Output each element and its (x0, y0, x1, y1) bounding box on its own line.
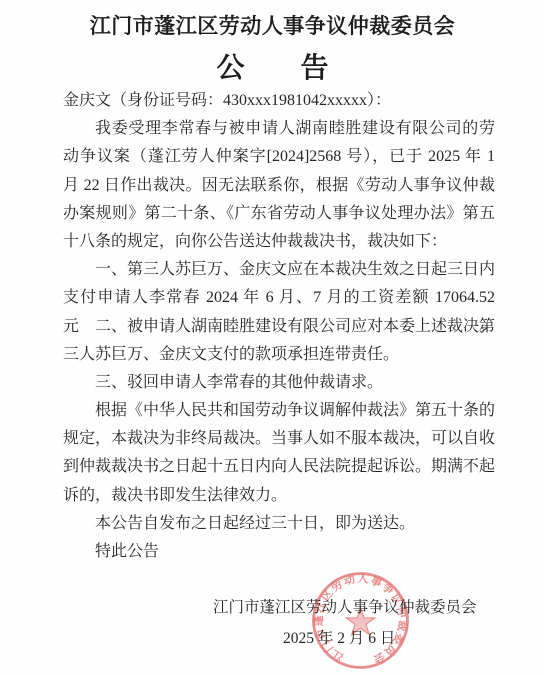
seal-ring (314, 574, 408, 668)
addressee-line: 金庆文（身份证号码：430xxx1981042xxxxx）： (63, 87, 495, 115)
body-line: 月 22 日作出裁决。因无法联系你，根据《劳动人事争议仲裁 (63, 172, 495, 200)
body-line: 我委受理李常春与被申请人湖南睦胜建设有限公司的劳 (63, 115, 495, 143)
announcement-heading: 公 告 (0, 46, 545, 86)
ruling-item-3-line: 三、驳回申请人李常春的其他仲裁请求。 (63, 369, 495, 397)
body-line: 规定，本裁决为非终局裁决。当事人如不服本裁决，可以自收 (63, 425, 495, 453)
issuing-authority-title: 江门市蓬江区劳动人事争议仲裁委员会 (0, 10, 545, 40)
ruling-item-1-line: 支付申请人李常春 2024 年 6 月、7 月的工资差额 17064.52 元。 (63, 284, 495, 312)
body-line: 十八条的规定，向你公告送达仲裁裁决书，裁决如下： (63, 228, 495, 256)
announcement-body: 金庆文（身份证号码：430xxx1981042xxxxx）： 我委受理李常春与被… (63, 87, 495, 566)
body-line: 办案规则》第二十条、《广东省劳动人事争议处理办法》第五 (63, 200, 495, 228)
signature-committee-name: 江门市蓬江区劳动人事争议仲裁委员会 (213, 595, 477, 617)
body-line: 到仲裁裁决书之日起十五日内向人民法院提起诉讼。期满不起 (63, 453, 495, 481)
ruling-item-1-line: 一、第三人苏巨万、金庆文应在本裁决生效之日起三日内 (63, 256, 495, 284)
ruling-item-2-line: 二、被申请人湖南睦胜建设有限公司应对本委上述裁决第 (63, 313, 495, 341)
announcement-document: 江门市蓬江区劳动人事争议仲裁委员会 公 告 金庆文（身份证号码：430xxx19… (0, 0, 545, 676)
official-seal: 江门市蓬江区劳动人事争议仲裁委员会 (310, 570, 411, 671)
closing-line: 特此公告 (63, 538, 495, 566)
body-line: 本公告自发布之日起经过三十日，即为送达。 (63, 510, 495, 538)
seal-text: 江门市蓬江区劳动人事争议仲裁委员会 (311, 571, 410, 668)
body-line: 根据《中华人民共和国劳动争议调解仲裁法》第五十条的 (63, 397, 495, 425)
body-line: 诉的，裁决书即发生法律效力。 (63, 482, 495, 510)
body-line: 动争议案（蓬江劳人仲案字[2024]2568 号），已于 2025 年 1 (63, 143, 495, 171)
ruling-item-2-line: 三人苏巨万、金庆文支付的款项承担连带责任。 (63, 341, 495, 369)
signature-date: 2025 年 2 月 6 日 (283, 626, 395, 648)
